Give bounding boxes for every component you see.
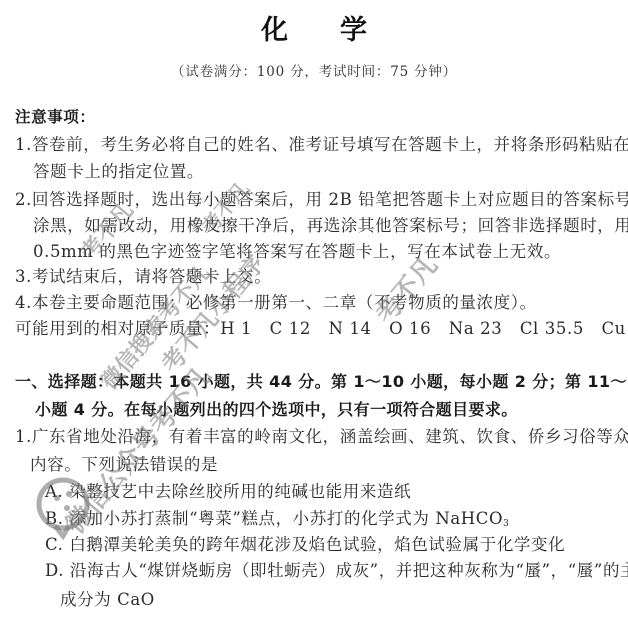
section-1-heading-line-1: 一、选择题：本题共 16 小题，共 44 分。第 1～10 小题，每小题 2 分… xyxy=(15,372,628,392)
notice-item-number: 4. xyxy=(15,293,32,312)
notice-heading: 注意事项： xyxy=(15,107,96,127)
atomic-masses-label: 可能用到的相对原子质量： xyxy=(15,319,220,338)
atomic-masses-values: H 1 C 12 N 14 O 16 Na 23 Cl 35.5 Cu 64 xyxy=(220,319,628,338)
notice-item-text: 回答选择题时，选出每小题答案后，用 2B 铅笔把答题卡上对应题目的答案标号 xyxy=(32,190,628,209)
notice-item-text: 考试结束后，请将答题卡上交。 xyxy=(32,267,271,286)
notice-item-3: 3.考试结束后，请将答题卡上交。 xyxy=(15,267,271,287)
notice-item-text: 本卷主要命题范围：必修第一册第一、二章（不考物质的量浓度）。 xyxy=(32,293,537,312)
question-1-option-c: C. 白鹅潭美轮美奂的跨年烟花涉及焰色试验，焰色试验属于化学变化 xyxy=(45,535,565,555)
notice-item-2-line-3: 0.5mm 的黑色字迹签字笔将答案写在答题卡上，写在本试卷上无效。 xyxy=(33,242,561,262)
notice-item-2-line-2: 涂黑，如需改动，用橡皮擦干净后，再选涂其他答案标号；回答非选择题时，用 xyxy=(33,216,628,236)
question-1-option-b: B. 添加小苏打蒸制“粤菜”糕点，小苏打的化学式为 NaHCO3 xyxy=(45,509,509,534)
exam-title: 化学 xyxy=(0,8,628,47)
question-1-stem-line-1: 1.广东省地处沿海，有着丰富的岭南文化，涵盖绘画、建筑、饮食、侨乡习俗等众多 xyxy=(15,427,628,447)
question-1-option-a: A. 染整技艺中去除丝胶所用的纯碱也能用来造纸 xyxy=(45,482,411,502)
notice-item-text: 答卷前，考生务必将自己的姓名、准考证号填写在答题卡上，并将条形码粘贴在 xyxy=(32,135,628,154)
question-stem-text: 广东省地处沿海，有着丰富的岭南文化，涵盖绘画、建筑、饮食、侨乡习俗等众多 xyxy=(32,427,628,446)
exam-page: 化学 （试卷满分：100 分，考试时间：75 分钟） 注意事项： 1.答卷前，考… xyxy=(0,0,628,639)
notice-item-4: 4.本卷主要命题范围：必修第一册第一、二章（不考物质的量浓度）。 xyxy=(15,293,537,313)
question-1-option-d-line-2: 成分为 CaO xyxy=(60,590,155,610)
title-char-1: 化 xyxy=(261,8,288,47)
question-number: 1. xyxy=(15,427,32,446)
exam-subtitle: （试卷满分：100 分，考试时间：75 分钟） xyxy=(0,60,628,80)
notice-item-number: 3. xyxy=(15,267,32,286)
notice-item-2-line-1: 2.回答选择题时，选出每小题答案后，用 2B 铅笔把答题卡上对应题目的答案标号 xyxy=(15,190,628,210)
notice-item-number: 1. xyxy=(15,135,32,154)
option-b-text: B. 添加小苏打蒸制“粤菜”糕点，小苏打的化学式为 NaHCO xyxy=(45,509,503,528)
notice-item-number: 2. xyxy=(15,190,32,209)
atomic-masses-line: 可能用到的相对原子质量：H 1 C 12 N 14 O 16 Na 23 Cl … xyxy=(15,319,628,339)
notice-item-1-line-1: 1.答卷前，考生务必将自己的姓名、准考证号填写在答题卡上，并将条形码粘贴在 xyxy=(15,135,628,155)
question-1-stem-line-2: 内容。下列说法错误的是 xyxy=(30,455,218,475)
question-1-option-d-line-1: D. 沿海古人“煤饼烧蛎房（即牡蛎壳）成灰”，并把这种灰称为“蜃”，“蜃”的主要 xyxy=(45,561,628,581)
title-char-2: 学 xyxy=(340,8,367,47)
notice-item-1-line-2: 答题卡上的指定位置。 xyxy=(33,162,204,182)
section-1-heading-line-2: 小题 4 分。在每小题列出的四个选项中，只有一项符合题目要求。 xyxy=(35,400,518,420)
option-b-subscript: 3 xyxy=(503,519,509,529)
